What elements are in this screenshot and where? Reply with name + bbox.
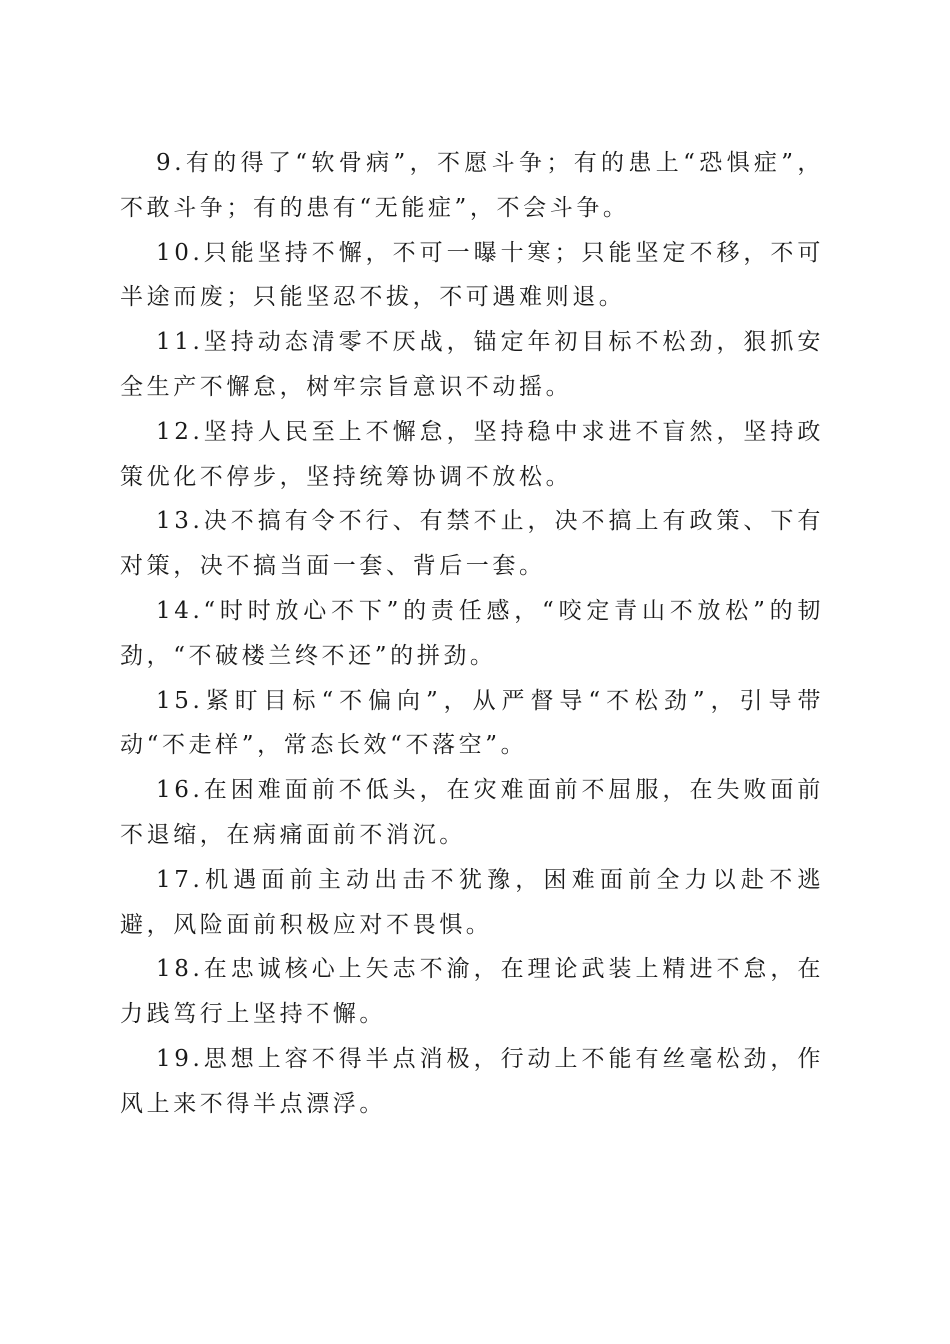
paragraph-item-17: 17.机遇面前主动出击不犹豫，困难面前全力以赴不逃避，风险面前积极应对不畏惧。 [120,858,824,948]
document-body: 9.有的得了“软骨病”，不愿斗争；有的患上“恐惧症”，不敢斗争；有的患有“无能症… [120,141,824,1127]
paragraph-item-9: 9.有的得了“软骨病”，不愿斗争；有的患上“恐惧症”，不敢斗争；有的患有“无能症… [120,141,824,231]
paragraph-item-18: 18.在忠诚核心上矢志不渝，在理论武装上精进不怠，在力践笃行上坚持不懈。 [120,947,824,1037]
paragraph-item-11: 11.坚持动态清零不厌战，锚定年初目标不松劲，狠抓安全生产不懈怠，树牢宗旨意识不… [120,320,824,410]
document-page: 9.有的得了“软骨病”，不愿斗争；有的患上“恐惧症”，不敢斗争；有的患有“无能症… [0,0,950,1344]
paragraph-item-15: 15.紧盯目标“不偏向”，从严督导“不松劲”，引导带动“不走样”，常态长效“不落… [120,679,824,769]
paragraph-item-12: 12.坚持人民至上不懈怠，坚持稳中求进不盲然，坚持政策优化不停步，坚持统筹协调不… [120,410,824,500]
paragraph-item-19: 19.思想上容不得半点消极，行动上不能有丝毫松劲，作风上来不得半点漂浮。 [120,1037,824,1127]
paragraph-item-16: 16.在困难面前不低头，在灾难面前不屈服，在失败面前不退缩，在病痛面前不消沉。 [120,768,824,858]
paragraph-item-13: 13.决不搞有令不行、有禁不止，决不搞上有政策、下有对策，决不搞当面一套、背后一… [120,499,824,589]
paragraph-item-10: 10.只能坚持不懈，不可一曝十寒；只能坚定不移，不可半途而废；只能坚忍不拔，不可… [120,231,824,321]
paragraph-item-14: 14.“时时放心不下”的责任感，“咬定青山不放松”的韧劲，“不破楼兰终不还”的拼… [120,589,824,679]
